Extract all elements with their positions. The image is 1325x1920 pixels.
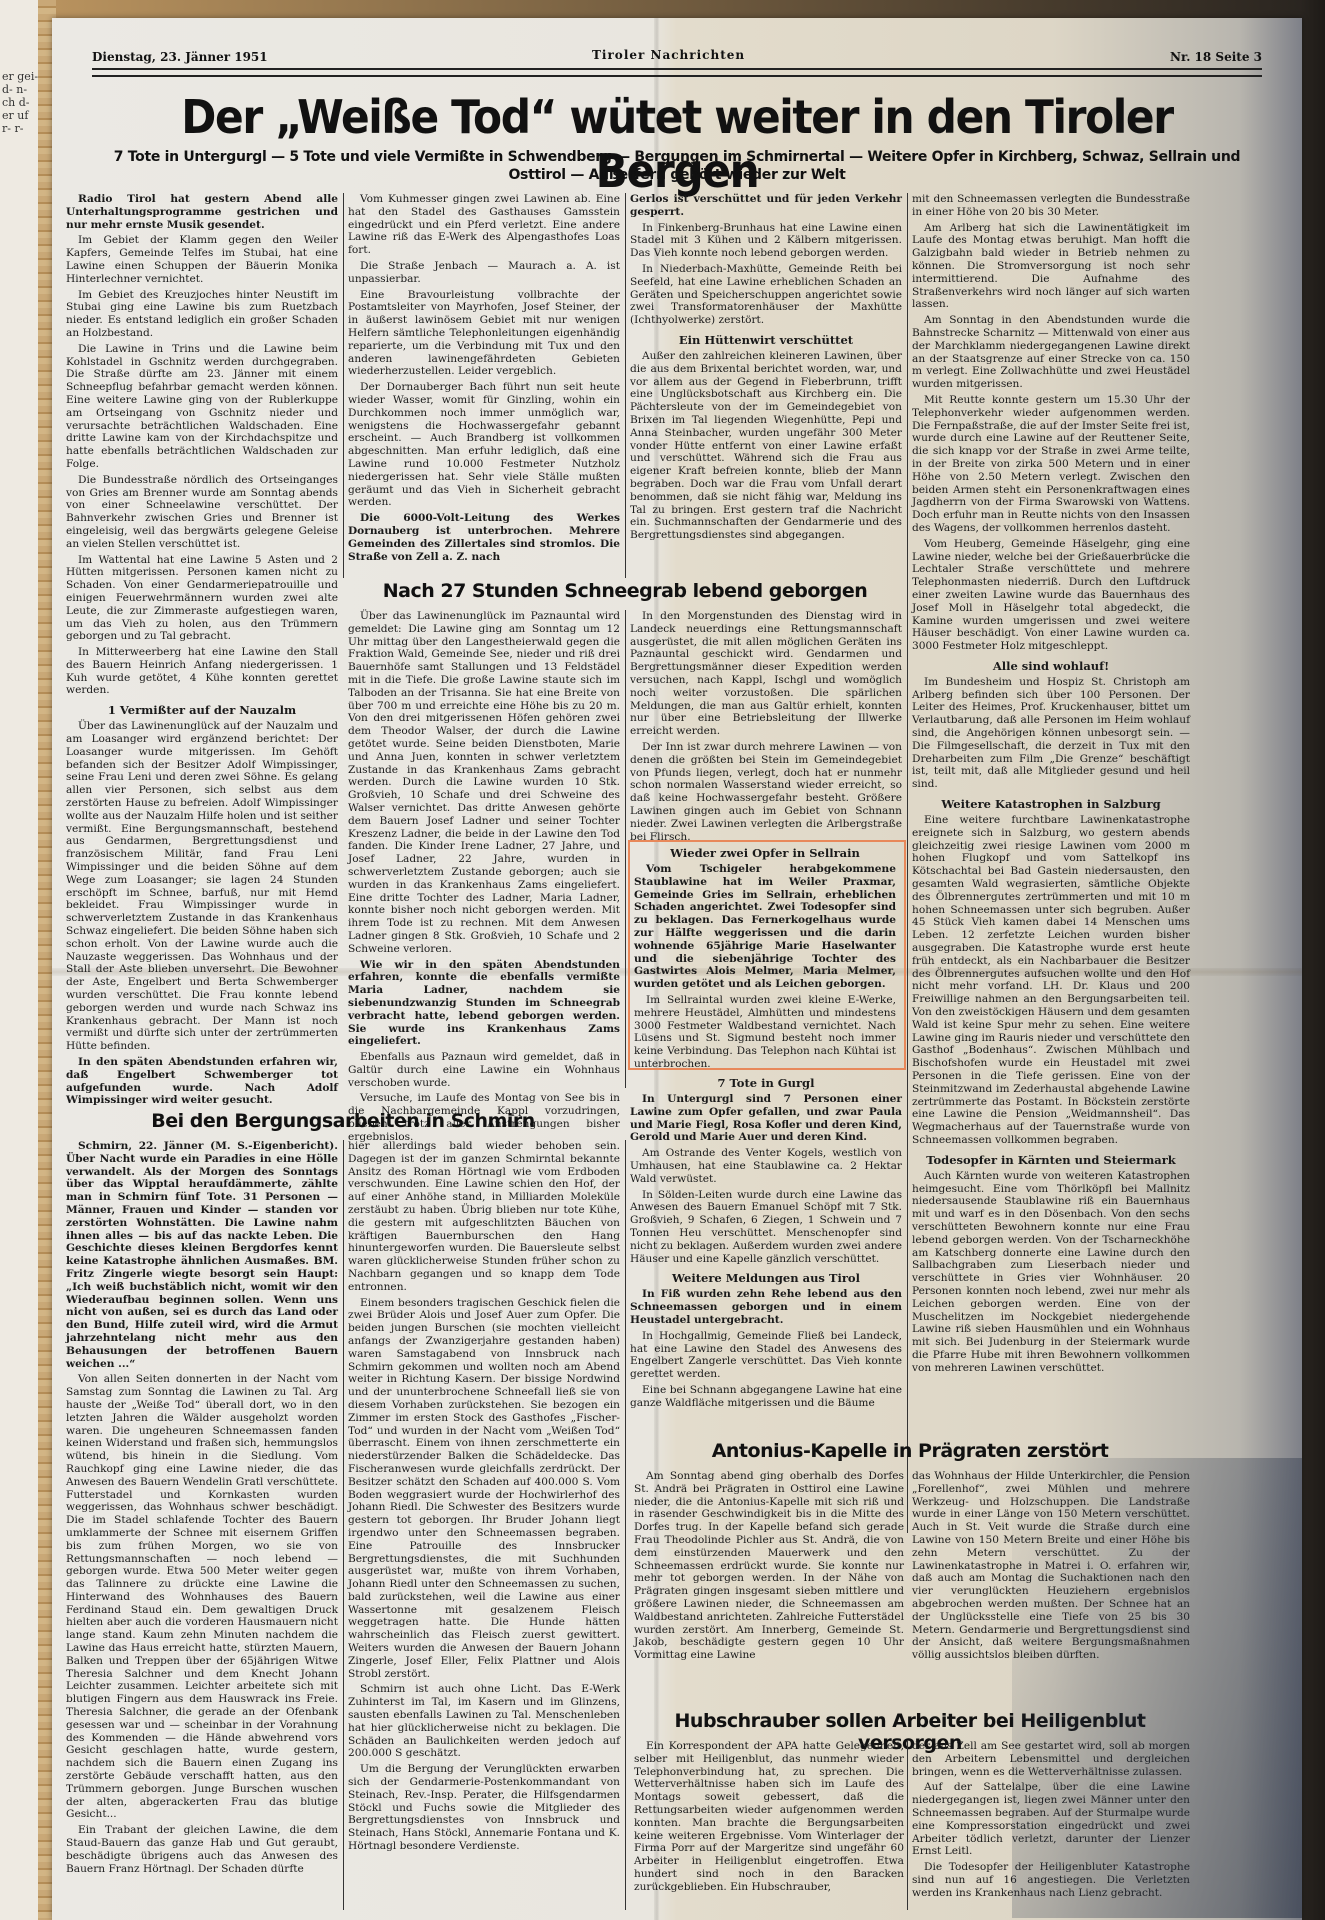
sub-headline: 7 Tote in Untergurgl — 5 Tote und viele … <box>92 148 1262 184</box>
paragraph: Am Sonntag in den Abendstunden wurde die… <box>912 314 1190 391</box>
paragraph: Ein Korrespondent der APA hatte Gelegenh… <box>634 1740 904 1894</box>
article-antonius-col-b: das Wohnhaus der Hilde Unterkirchler, di… <box>912 1470 1190 1665</box>
paragraph: Die Todesopfer der Heiligenbluter Katast… <box>912 1861 1190 1899</box>
article-column-1: Radio Tirol hat gestern Abend alle Unter… <box>66 193 338 1110</box>
paragraph: Am Sonntag abend ging oberhalb des Dorfe… <box>634 1470 904 1662</box>
column-rule <box>625 1140 626 1910</box>
subheading: Weitere Katastrophen in Salzburg <box>912 797 1190 811</box>
column-rule <box>625 193 626 578</box>
masthead-rule <box>92 68 1262 77</box>
section-headline-antonius: Antonius-Kapelle in Prägraten zerstört <box>630 1440 1190 1462</box>
paragraph: Im Gebiet des Kreuzjoches hinter Neustif… <box>66 289 338 340</box>
paragraph: Der Dornauberger Bach führt nun seit heu… <box>348 381 620 509</box>
paragraph: Der Inn ist zwar durch mehrere Lawinen —… <box>630 741 902 843</box>
paragraph: Am Ostrande des Venter Kogels, westlich … <box>630 1147 902 1185</box>
column-rule <box>907 193 908 1533</box>
paragraph: Eine bei Schnann abgegangene Lawine hat … <box>630 1384 902 1410</box>
article-gurgl: 7 Tote in Gurgl In Untergurgl sind 7 Per… <box>630 1070 902 1413</box>
adjacent-page-text: er gei- d- n- ch d- er uf r- r- <box>0 0 40 135</box>
article-27-stunden-col-a: Über das Lawinenunglück im Paznauntal wi… <box>348 610 620 1147</box>
paragraph: In Hochgallmig, Gemeinde Fließ bei Lande… <box>630 1330 902 1381</box>
paragraph: hier allerdings bald wieder behoben sein… <box>348 1140 620 1294</box>
column-rule <box>343 1140 344 1910</box>
paragraph-bold: Gerlos ist verschüttet und für jeden Ver… <box>630 193 902 219</box>
paragraph: das Wohnhaus der Hilde Unterkirchler, di… <box>912 1470 1190 1662</box>
paragraph: Über das Lawinenunglück auf der Nauzalm … <box>66 720 338 1053</box>
paragraph: Ebenfalls aus Paznaun wird gemeldet, daß… <box>348 1051 620 1089</box>
paragraph: Am Arlberg hat sich die Lawinentätigkeit… <box>912 222 1190 312</box>
subheading: Ein Hüttenwirt verschüttet <box>630 333 902 347</box>
paragraph: Die Straße Jenbach — Maurach a. A. ist u… <box>348 260 620 286</box>
paragraph: Mit Reutte konnte gestern um 15.30 Uhr d… <box>912 394 1190 535</box>
paragraph: Ein Trabant der gleichen Lawine, die dem… <box>66 1824 338 1875</box>
subheading: Todesopfer in Kärnten und Steiermark <box>912 1153 1190 1167</box>
paragraph: mit den Schneemassen verlegten die Bunde… <box>912 193 1190 219</box>
section-headline-27-stunden: Nach 27 Stunden Schneegrab lebend geborg… <box>348 580 902 602</box>
paragraph-bold: Die 6000-Volt-Leitung des Werkes Dornaub… <box>348 512 620 563</box>
paragraph-bold: In den späten Abendstunden erfahren wir,… <box>66 1056 338 1107</box>
subheading: 7 Tote in Gurgl <box>630 1076 902 1090</box>
paragraph: Eine Bravourleistung vollbrachte der Pos… <box>348 289 620 379</box>
paragraph: Außer den zahlreichen kleineren Lawinen,… <box>630 350 902 542</box>
subheading: Alle sind wohlauf! <box>912 659 1190 673</box>
lead-paragraph: Radio Tirol hat gestern Abend alle Unter… <box>66 193 338 231</box>
paragraph: Im Bundesheim und Hospiz St. Christoph a… <box>912 676 1190 791</box>
issue-date: Dienstag, 23. Jänner 1951 <box>92 50 268 64</box>
paragraph-bold: In Untergurgl sind 7 Personen einer Lawi… <box>630 1093 902 1144</box>
subheading: Weitere Meldungen aus Tirol <box>630 1271 902 1285</box>
paragraph: In Finkenberg-Brunhaus hat eine Lawine e… <box>630 222 902 260</box>
article-column-4: mit den Schneemassen verlegten die Bunde… <box>912 193 1190 1378</box>
article-heiligenblut-col-b: der aus Zell am See gestartet wird, soll… <box>912 1740 1190 1903</box>
article-schmirn-col-b: hier allerdings bald wieder behoben sein… <box>348 1140 620 1856</box>
article-column-2: Vom Kuhmesser gingen zwei Lawinen ab. Ei… <box>348 193 620 566</box>
column-rule <box>625 610 626 1088</box>
paragraph: Um die Bergung der Verunglückten erwarbe… <box>348 1763 620 1853</box>
paragraph-bold: Schmirn, 22. Jänner (M. S.-Eigenbericht)… <box>66 1140 338 1370</box>
paragraph: Eine weitere furchtbare Lawinenkatastrop… <box>912 814 1190 1147</box>
paragraph: Auf der Sattelalpe, über die eine Lawine… <box>912 1781 1190 1858</box>
section-headline-schmirn: Bei den Bergungsarbeiten in Schmirn <box>66 1110 620 1132</box>
paragraph: Einem besonders tragischen Geschick fiel… <box>348 1297 620 1681</box>
paragraph: In Mitterweerberg hat eine Lawine den St… <box>66 646 338 697</box>
paragraph: Im Sellraintal wurden zwei kleine E-Werk… <box>634 994 896 1071</box>
article-sellrain: Wieder zwei Opfer in Sellrain Vom Tschig… <box>634 846 896 1074</box>
paragraph: Im Wattental hat eine Lawine 5 Asten und… <box>66 554 338 644</box>
paragraph: Die Lawine in Trins und die Lawine beim … <box>66 343 338 471</box>
paragraph-bold: Wie wir in den späten Abendstunden erfah… <box>348 959 620 1049</box>
paragraph-bold: In Fiß wurden zehn Rehe lebend aus den S… <box>630 1288 902 1326</box>
paragraph: Im Gebiet der Klamm gegen den Weiler Kap… <box>66 234 338 285</box>
paragraph: In den Morgenstunden des Dienstag wird i… <box>630 610 902 738</box>
paragraph: Schmirn ist auch ohne Licht. Das E-Werk … <box>348 1683 620 1760</box>
subheading: 1 Vermißter auf der Nauzalm <box>66 703 338 717</box>
paragraph: Vom Kuhmesser gingen zwei Lawinen ab. Ei… <box>348 193 620 257</box>
article-column-3: Gerlos ist verschüttet und für jeden Ver… <box>630 193 902 545</box>
paragraph: Über das Lawinenunglück im Paznauntal wi… <box>348 610 620 956</box>
article-heiligenblut-col-a: Ein Korrespondent der APA hatte Gelegenh… <box>634 1740 904 1897</box>
column-rule <box>343 193 344 578</box>
newspaper-page: Dienstag, 23. Jänner 1951 Tiroler Nachri… <box>52 18 1302 1920</box>
paragraph: Auch Kärnten wurde von weiteren Katastro… <box>912 1170 1190 1375</box>
article-27-stunden-col-b: In den Morgenstunden des Dienstag wird i… <box>630 610 902 846</box>
column-rule <box>907 1740 908 1910</box>
subheading: Wieder zwei Opfer in Sellrain <box>634 846 896 860</box>
article-schmirn-col-a: Schmirn, 22. Jänner (M. S.-Eigenbericht)… <box>66 1140 338 1878</box>
paragraph: der aus Zell am See gestartet wird, soll… <box>912 1740 1190 1778</box>
issue-number: Nr. 18 Seite 3 <box>1170 50 1262 64</box>
paragraph: Vom Heuberg, Gemeinde Häselgehr, ging ei… <box>912 538 1190 653</box>
newspaper-name: Tiroler Nachrichten <box>592 48 745 62</box>
article-antonius-col-a: Am Sonntag abend ging oberhalb des Dorfe… <box>634 1470 904 1665</box>
paragraph: In Sölden-Leiten wurde durch eine Lawine… <box>630 1189 902 1266</box>
paragraph: In Niederbach-Maxhütte, Gemeinde Reith b… <box>630 263 902 327</box>
adjacent-page-fragment: er gei- d- n- ch d- er uf r- r- <box>0 0 40 1920</box>
paragraph: Von allen Seiten donnerten in der Nacht … <box>66 1373 338 1821</box>
paragraph-bold: Vom Tschigeler herabgekommene Staublawin… <box>634 863 896 991</box>
paragraph: Die Bundesstraße nördlich des Ortseingan… <box>66 474 338 551</box>
